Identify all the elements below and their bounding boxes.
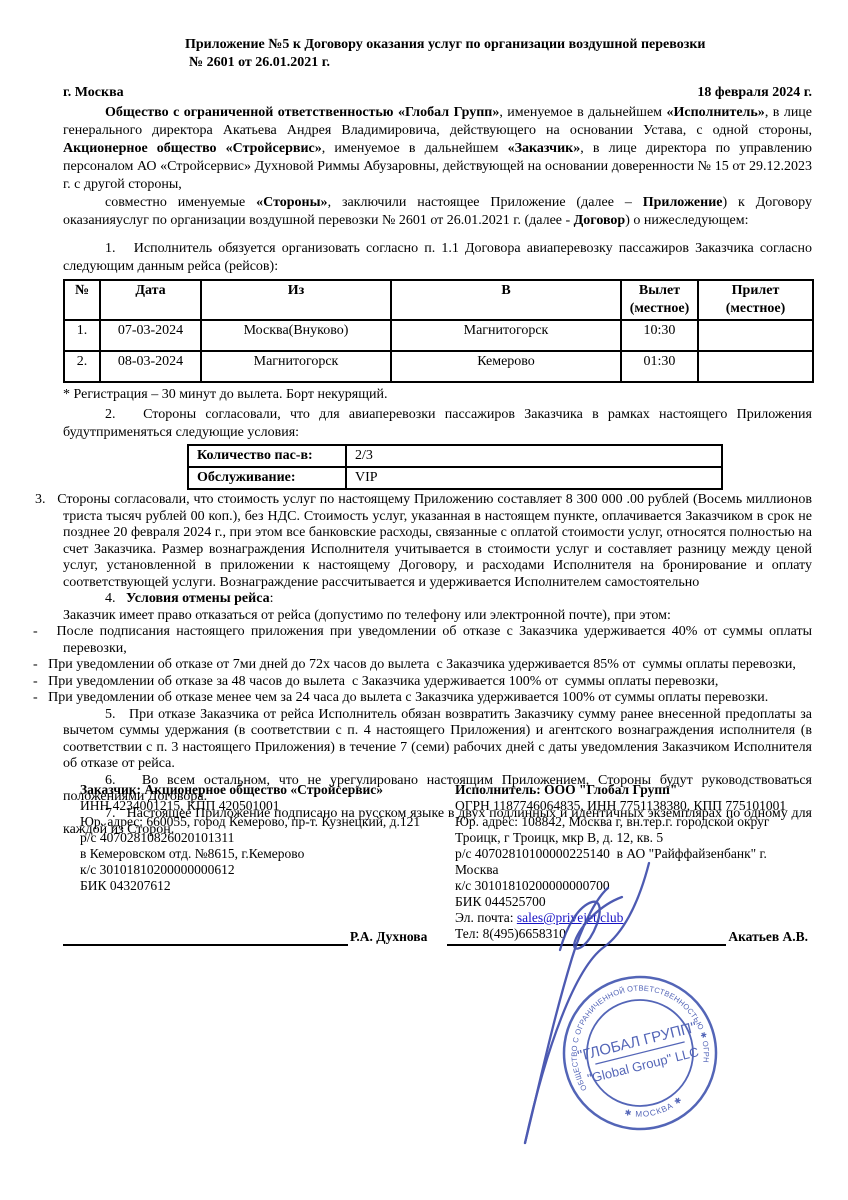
customer-detail-line: р/с 40702810826020101311 — [80, 830, 455, 846]
stamp-center-name-ru: "ГЛОБАЛ ГРУПП" — [576, 1019, 699, 1065]
text-segment: Приложение — [643, 195, 723, 210]
text-segment: , именуемое в дальнейшем — [499, 105, 666, 120]
col-header-from: Из — [201, 280, 391, 320]
company-stamp: ОБЩЕСТВО С ОГРАНИЧЕННОЙ ОТВЕТСТВЕННОСТЬЮ… — [548, 961, 732, 1145]
text-segment: , заключили настоящее Приложение (далее … — [328, 195, 643, 210]
cell-number: 2. — [64, 351, 100, 382]
cell-from: Москва(Внуково) — [201, 320, 391, 351]
stamp-outer-ring — [548, 961, 732, 1145]
condition-value: VIP — [346, 467, 722, 489]
document-page: Приложение №5 к Договору оказания услуг … — [0, 0, 848, 1200]
text-segment: , именуемое в дальнейшем — [322, 141, 508, 156]
parties-section: Заказчик: Акционерное общество «Стройсер… — [63, 782, 812, 942]
executor-detail-line: ОГРН 1187746064835, ИНН 7751138380, КПП … — [455, 798, 812, 814]
customer-signer-name: Р.А. Духнова — [348, 928, 431, 946]
city-date-row: г. Москва 18 февраля 2024 г. — [63, 84, 812, 102]
clause-3: 3. Стороны согласовали, что стоимость ус… — [63, 492, 812, 591]
stamp-center-divider — [595, 1042, 684, 1064]
date-label: 18 февраля 2024 г. — [697, 84, 812, 102]
text-segment: совместно именуемые — [105, 195, 256, 210]
cell-date: 07-03-2024 — [100, 320, 201, 351]
flight-table-header-row: № Дата Из В Вылет (местное) Прилет (мест… — [64, 280, 813, 320]
text-segment: ) о нижеследующем: — [625, 213, 748, 228]
cancellation-intro: Заказчик имеет право отказаться от рейса… — [63, 608, 812, 625]
executor-detail-line: БИК 044525700 — [455, 894, 812, 910]
stamp-inner-ring — [576, 989, 704, 1117]
customer-signature-line — [63, 928, 348, 946]
cancellation-bullet: - При уведомлении об отказе менее чем за… — [63, 690, 812, 707]
executor-detail-line: Троицк, г Троицк, мкр В, д. 12, кв. 5 — [455, 830, 812, 846]
document-title-line1: Приложение №5 к Договору оказания услуг … — [185, 36, 812, 54]
cell-departure: 01:30 — [621, 351, 698, 382]
document-content: Приложение №5 к Договору оказания услуг … — [0, 0, 848, 839]
condition-value: 2/3 — [346, 445, 722, 467]
table-row: 1. 07-03-2024 Москва(Внуково) Магнитогор… — [64, 320, 813, 351]
col-header-departure: Вылет (местное) — [621, 280, 698, 320]
text-segment: «Исполнитель» — [666, 105, 764, 120]
cell-number: 1. — [64, 320, 100, 351]
text-segment: «Заказчик» — [508, 141, 581, 156]
col-header-date: Дата — [100, 280, 201, 320]
executor-detail-line: Юр. адрес: 108842, Москва г, вн.тер.г. г… — [455, 814, 812, 830]
executor-detail-line: к/с 30101810200000000700 — [455, 878, 812, 894]
cell-arrival — [698, 351, 813, 382]
intro-paragraph-1: Общество с ограниченной ответственностью… — [63, 104, 812, 194]
clause-2: 2. Стороны согласовали, что для авиапере… — [63, 406, 812, 442]
flight-table: № Дата Из В Вылет (местное) Прилет (мест… — [63, 279, 814, 383]
customer-detail-line: БИК 043207612 — [80, 878, 455, 894]
table-row: Обслуживание: VIP — [188, 467, 722, 489]
text-segment: Условия отмены рейса — [126, 591, 270, 606]
executor-details: Исполнитель: ООО "Глобал Групп" ОГРН 118… — [455, 782, 812, 942]
text-segment: «Стороны» — [256, 195, 327, 210]
cell-from: Магнитогорск — [201, 351, 391, 382]
text-segment: 4. — [105, 591, 126, 606]
email-label: Эл. почта: — [455, 910, 517, 925]
stamp-ring-text-top: ОБЩЕСТВО С ОГРАНИЧЕННОЙ ОТВЕТСТВЕННОСТЬЮ… — [555, 969, 715, 1096]
customer-detail-line: Юр. адрес: 660055, город Кемерово, пр-т.… — [80, 814, 455, 830]
customer-title: Заказчик: Акционерное общество «Стройсер… — [80, 782, 455, 798]
stamp-center-name-en: "Global Group" LLC — [586, 1044, 700, 1086]
col-header-number: № — [64, 280, 100, 320]
executor-title: Исполнитель: ООО "Глобал Групп" — [455, 782, 812, 798]
city-label: г. Москва — [63, 84, 124, 102]
col-header-to: В — [391, 280, 621, 320]
cell-departure: 10:30 — [621, 320, 698, 351]
condition-label: Обслуживание: — [188, 467, 346, 489]
cancellation-bullet: - При уведомлении об отказе от 7ми дней … — [63, 657, 812, 674]
text-segment: Акционерное общество «Стройсервис» — [63, 141, 322, 156]
col-header-arrival: Прилет (местное) — [698, 280, 813, 320]
document-title-line2: № 2601 от 26.01.2021 г. — [189, 54, 812, 72]
table-row: 2. 08-03-2024 Магнитогорск Кемерово 01:3… — [64, 351, 813, 382]
signature-row: Р.А. Духнова Акатьев А.В. — [63, 928, 812, 946]
registration-footnote: * Регистрация – 30 минут до вылета. Борт… — [63, 386, 812, 404]
condition-label: Количество пас-в: — [188, 445, 346, 467]
cancellation-bullet: - После подписания настоящего приложения… — [63, 624, 812, 657]
customer-detail-line: в Кемеровском отд. №8615, г.Кемерово — [80, 846, 455, 862]
cancellation-bullet: - При уведомлении об отказе за 48 часов … — [63, 674, 812, 691]
customer-details: Заказчик: Акционерное общество «Стройсер… — [63, 782, 455, 942]
customer-detail-line: к/с 30101810200000000612 — [80, 862, 455, 878]
customer-detail-line: ИНН 4234001215, КПП 420501001 — [80, 798, 455, 814]
text-segment: Общество с ограниченной ответственностью… — [105, 105, 499, 120]
email-link[interactable]: sales@privejet.club — [517, 910, 624, 925]
stamp-ring-text-bottom: ✱ МОСКВА ✱ — [622, 1094, 686, 1125]
cell-date: 08-03-2024 — [100, 351, 201, 382]
executor-signature-line — [447, 928, 726, 946]
executor-email-line: Эл. почта: sales@privejet.club — [455, 910, 812, 926]
executor-signer-name: Акатьев А.В. — [726, 928, 812, 946]
cell-arrival — [698, 320, 813, 351]
cell-to: Кемерово — [391, 351, 621, 382]
cell-to: Магнитогорск — [391, 320, 621, 351]
intro-paragraph-2: совместно именуемые «Стороны», заключили… — [63, 194, 812, 230]
conditions-table: Количество пас-в: 2/3 Обслуживание: VIP — [187, 444, 723, 490]
text-segment: : — [270, 591, 274, 606]
clause-4-heading: 4. Условия отмены рейса: — [63, 591, 812, 608]
clause-5: 5. При отказе Заказчика от рейса Исполни… — [63, 707, 812, 773]
clause-1: 1. Исполнитель обязуется организовать со… — [63, 240, 812, 276]
table-row: Количество пас-в: 2/3 — [188, 445, 722, 467]
text-segment: Договор — [574, 213, 626, 228]
executor-detail-line: р/с 40702810100000225140 в АО "Райффайзе… — [455, 846, 812, 878]
